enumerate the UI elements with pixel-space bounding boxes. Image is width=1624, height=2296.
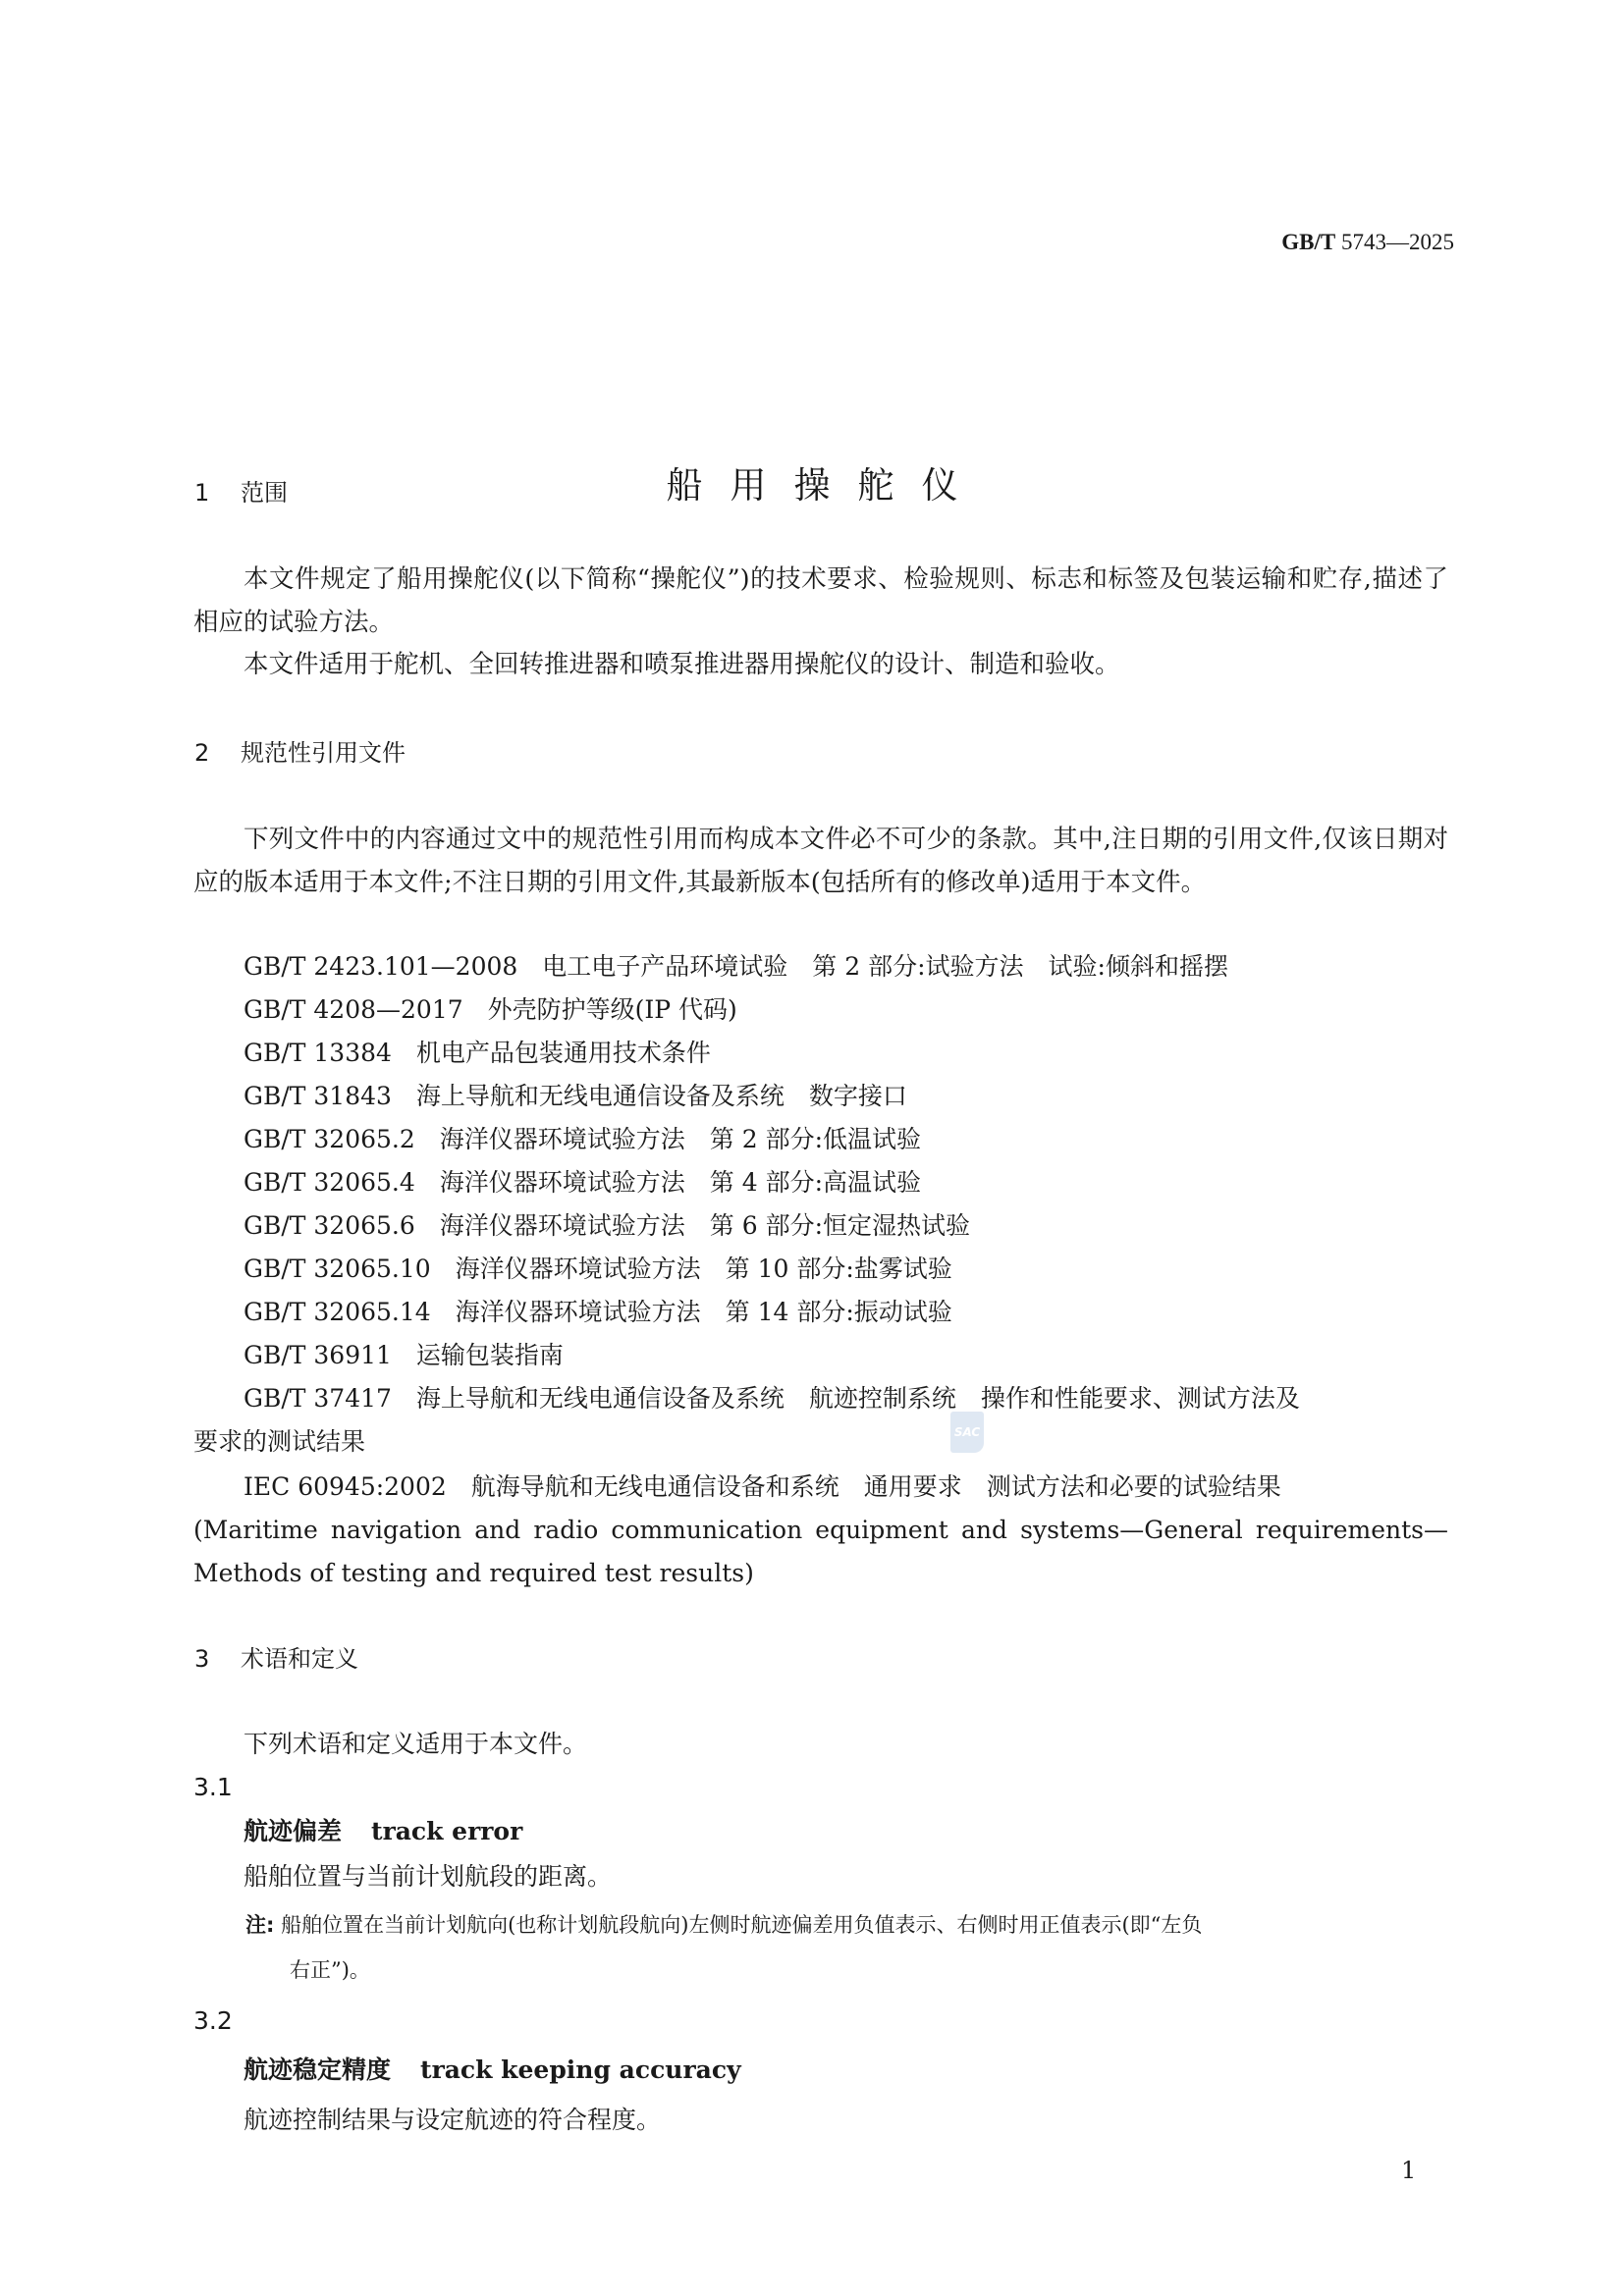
reference-item: GB/T 32065.4 海洋仪器环境试验方法 第 4 部分:高温试验 xyxy=(244,1170,921,1195)
term-note-continuation: 右正”)。 xyxy=(290,1960,370,1981)
section-2-intro: 下列文件中的内容通过文中的规范性引用而构成本文件必不可少的条款。其中,注日期的引… xyxy=(193,818,1448,904)
section-number: 2 xyxy=(194,741,241,765)
section-2-heading: 2规范性引用文件 xyxy=(194,741,406,765)
section-title: 术语和定义 xyxy=(241,1645,358,1673)
term-definition: 航迹控制结果与设定航迹的符合程度。 xyxy=(244,2108,661,2132)
section-title: 范围 xyxy=(241,479,288,507)
term-note: 注: 船舶位置在当前计划航向(也称计划航段航向)左侧时航迹偏差用负值表示、右侧时… xyxy=(245,1915,1202,1936)
section-number: 3 xyxy=(194,1647,241,1671)
term-heading: 航迹稳定精度track keeping accuracy xyxy=(244,2057,741,2082)
reference-item: GB/T 32065.14 海洋仪器环境试验方法 第 14 部分:振动试验 xyxy=(244,1300,952,1324)
term-definition: 船舶位置与当前计划航段的距离。 xyxy=(244,1864,612,1889)
reference-item: GB/T 2423.101—2008 电工电子产品环境试验 第 2 部分:试验方… xyxy=(244,954,1228,979)
reference-item-iec-line1: IEC 60945:2002 航海导航和无线电通信设备和系统 通用要求 测试方法… xyxy=(244,1474,1281,1499)
reference-item: GB/T 31843 海上导航和无线电通信设备及系统 数字接口 xyxy=(244,1084,907,1108)
standard-prefix: GB/T xyxy=(1281,230,1335,254)
section-1-paragraph-1: 本文件规定了船用操舵仪(以下简称“操舵仪”)的技术要求、检验规则、标志和标签及包… xyxy=(193,558,1448,644)
standard-code: GB/T 5743—2025 xyxy=(1281,231,1454,253)
term-number: 3.2 xyxy=(193,2008,233,2033)
reference-item-37417-line1: GB/T 37417 海上导航和无线电通信设备及系统 航迹控制系统 操作和性能要… xyxy=(244,1386,1300,1411)
term-en: track keeping accuracy xyxy=(420,2056,741,2084)
reference-item: GB/T 4208—2017 外壳防护等级(IP 代码) xyxy=(244,997,737,1022)
page-number: 1 xyxy=(1401,2157,1416,2184)
section-number: 1 xyxy=(194,481,241,505)
section-3-intro: 下列术语和定义适用于本文件。 xyxy=(244,1732,587,1756)
reference-item: GB/T 13384 机电产品包装通用技术条件 xyxy=(244,1041,711,1065)
term-number: 3.1 xyxy=(193,1775,233,1799)
term-heading: 航迹偏差track error xyxy=(244,1819,522,1843)
reference-item-iec-line2: (Maritime navigation and radio communica… xyxy=(193,1518,1448,1542)
reference-item: GB/T 32065.6 海洋仪器环境试验方法 第 6 部分:恒定湿热试验 xyxy=(244,1213,970,1238)
reference-item: GB/T 36911 运输包装指南 xyxy=(244,1343,564,1367)
sac-watermark-logo: SAC xyxy=(950,1412,984,1453)
section-1-heading: 1范围 xyxy=(194,481,288,505)
section-title: 规范性引用文件 xyxy=(241,739,406,767)
section-3-heading: 3术语和定义 xyxy=(194,1647,358,1671)
term-en: track error xyxy=(371,1817,522,1845)
reference-item: GB/T 32065.2 海洋仪器环境试验方法 第 2 部分:低温试验 xyxy=(244,1127,921,1151)
reference-item-iec-line3: Methods of testing and required test res… xyxy=(193,1561,754,1585)
term-zh: 航迹稳定精度 xyxy=(244,2056,391,2084)
term-zh: 航迹偏差 xyxy=(244,1817,342,1845)
standard-number: 5743—2025 xyxy=(1341,230,1454,254)
note-label: 注: xyxy=(245,1913,274,1937)
reference-item: GB/T 32065.10 海洋仪器环境试验方法 第 10 部分:盐雾试验 xyxy=(244,1256,952,1281)
note-text: 船舶位置在当前计划航向(也称计划航段航向)左侧时航迹偏差用负值表示、右侧时用正值… xyxy=(281,1913,1202,1937)
reference-item-37417-line2: 要求的测试结果 xyxy=(193,1429,365,1454)
section-1-paragraph-2: 本文件适用于舵机、全回转推进器和喷泵推进器用操舵仪的设计、制造和验收。 xyxy=(193,643,1448,686)
